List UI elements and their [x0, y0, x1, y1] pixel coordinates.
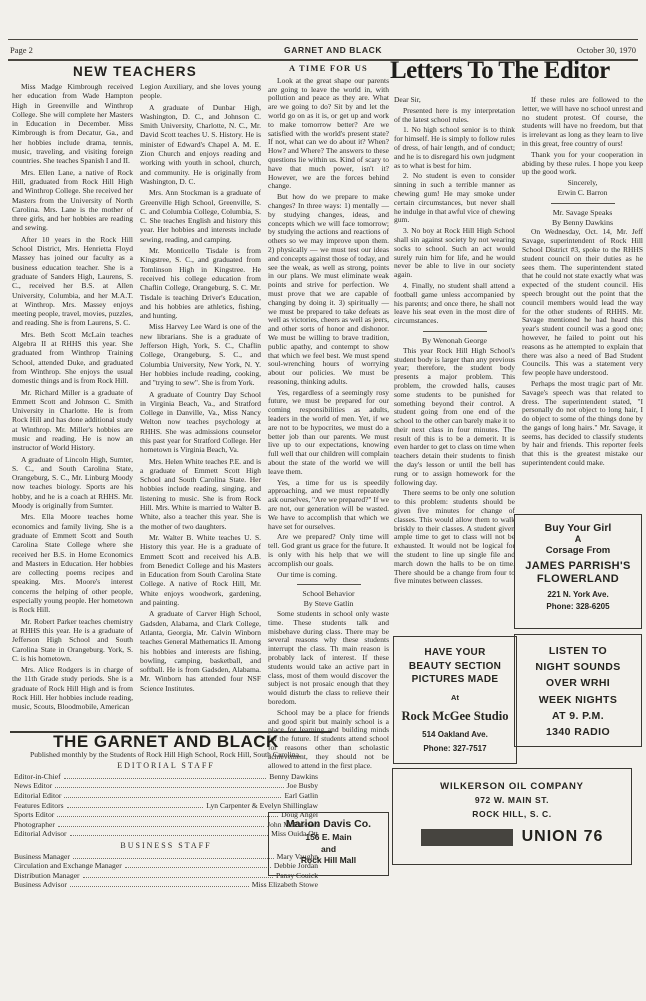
ad-line: LISTEN TO [515, 643, 641, 659]
article-paragraph: But how do we prepare to make changes? I… [268, 193, 389, 387]
article-paragraph: Thank you for your cooperation in abidin… [522, 151, 643, 177]
section-divider [551, 203, 615, 204]
published-note: Published monthly by the Students of Roc… [14, 750, 318, 760]
staff-role: Business Advisor [14, 880, 67, 890]
article-paragraph: Mrs. Helen White teaches P.E. and is a g… [140, 457, 261, 531]
article-paragraph: Mr. Robert Parker teaches chemistry at R… [12, 617, 133, 663]
article-paragraph: If these rules are followed to the lette… [522, 96, 643, 149]
ad-line: Rock Hill Mall [269, 855, 388, 867]
leader-dots [125, 867, 271, 868]
letters-column-1: Dear Sir, Presented here is my interpret… [394, 96, 515, 588]
union76-row: UNION 76 [393, 828, 631, 846]
ad-phone: Phone: 328-6205 [515, 602, 641, 613]
section-divider [297, 584, 361, 585]
advertiser-name: JAMES PARRISH'S [515, 560, 641, 573]
issue-date: October 30, 1970 [577, 45, 636, 55]
staff-name: Benny Dawkins [269, 772, 318, 782]
article-paragraph: A graduate of Carver High School, Gadsde… [140, 609, 261, 693]
school-behavior-headline: School Behavior [268, 590, 389, 599]
staff-row: Features Editors Lyn Carpenter & Evelyn … [14, 801, 318, 811]
article-paragraph: Yes, regardless of a seemingly rosy futu… [268, 389, 389, 477]
ad-line: A [515, 534, 641, 545]
staff-row: Editorial Editor Earl Gatlin [14, 791, 318, 801]
garnet-black-title: THE GARNET AND BLACK [14, 737, 318, 747]
ad-line: Corsage From [515, 545, 641, 556]
ad-city: ROCK HILL, S. C. [393, 808, 631, 822]
leader-dots [58, 826, 264, 827]
advertiser-name: Marion Davis Co. [269, 818, 388, 830]
leader-dots [70, 886, 249, 887]
wrhi-radio-ad: LISTEN TO NIGHT SOUNDS OVER WRHI WEEK NI… [514, 634, 642, 747]
school-behavior-byline: By Steve Gatlin [268, 600, 389, 609]
savage-headline: Mr. Savage Speaks [522, 209, 643, 218]
ad-line: 1340 RADIO [515, 724, 641, 740]
article-paragraph: Look at the great shape our parents are … [268, 77, 389, 191]
letter-closing: Sincerely, [522, 179, 643, 188]
staff-name: Joe Busby [287, 781, 318, 791]
article-paragraph: Yes, a time for us is speedily approachi… [268, 479, 389, 532]
article-paragraph: Mrs. Alice Rodgers is in charge of the 1… [12, 665, 133, 711]
editorial-staff-heading: EDITORIAL STAFF [14, 761, 318, 771]
article-paragraph: Perhaps the most tragic part of Mr. Sava… [522, 380, 643, 468]
page-number-label: Page 2 [10, 45, 33, 55]
new-teachers-column-1: Miss Madge Kimbrough received her educat… [12, 82, 133, 714]
ad-line: 156 E. Main [269, 832, 388, 844]
article-paragraph: Our time is coming. [268, 571, 389, 580]
staff-name: Earl Gatlin [284, 791, 318, 801]
article-paragraph: There seems to be only one solution to t… [394, 489, 515, 586]
ad-address: 514 Oakland Ave. [394, 730, 516, 739]
article-paragraph: Some students in school only waste time.… [268, 610, 389, 707]
article-paragraph: 4. Finally, no student shall attend a fo… [394, 282, 515, 326]
union76-wordmark: UNION 76 [522, 828, 604, 846]
article-paragraph: A graduate of Dunbar High, Washington, D… [140, 103, 261, 187]
ad-line: HAVE YOUR [394, 646, 516, 660]
george-letter-byline: By Wenonah George [394, 337, 515, 346]
ad-address: 972 W. MAIN ST. [393, 794, 631, 808]
advertiser-name: Rock McGee Studio [394, 709, 516, 724]
section-divider [423, 331, 487, 332]
staff-role: Photographer [14, 820, 55, 830]
union76-logo-block [421, 829, 513, 846]
header-top-rule [8, 39, 638, 40]
article-paragraph: Are we prepared? Only time will tell. Go… [268, 533, 389, 568]
parrish-flowerland-ad: Buy Your Girl A Corsage From JAMES PARRI… [514, 514, 642, 629]
staff-role: Editorial Advisor [14, 829, 67, 839]
ad-line: WEEK NIGHTS [515, 692, 641, 708]
staff-name: Lyn Carpenter & Evelyn Shillinglaw [206, 801, 318, 811]
new-teachers-headline: NEW TEACHERS [10, 64, 260, 79]
leader-dots [67, 807, 204, 808]
ad-phone: Phone: 327-7517 [394, 744, 516, 753]
leader-dots [83, 877, 273, 878]
staff-row: Business Advisor Miss Elizabeth Stowe [14, 880, 318, 890]
ad-line: NIGHT SOUNDS [515, 659, 641, 675]
article-paragraph: Miss Harvey Lee Ward is one of the new l… [140, 322, 261, 387]
article-paragraph: Presented here is my interpretation of t… [394, 107, 515, 125]
staff-row: News Editor Joe Busby [14, 781, 318, 791]
article-paragraph: Mrs. Beth Scott McLain teaches Algebra I… [12, 330, 133, 386]
savage-byline: By Benny Dawkins [522, 219, 643, 228]
time-for-us-headline: A TIME FOR US [268, 64, 389, 73]
ad-line: At [394, 693, 516, 702]
staff-role: Distribution Manager [14, 871, 80, 881]
staff-role: Features Editors [14, 801, 64, 811]
letters-column-2: If these rules are followed to the lette… [522, 96, 643, 470]
ad-line: OVER WRHI [515, 675, 641, 691]
article-paragraph: Mrs. Ella Moore teaches home economics a… [12, 512, 133, 614]
staff-role: Editorial Editor [14, 791, 61, 801]
ad-line: BEAUTY SECTION [394, 660, 516, 674]
leader-dots [64, 778, 267, 779]
staff-name: Miss Elizabeth Stowe [252, 880, 318, 890]
article-paragraph: 2. No student is even to consider sinnin… [394, 172, 515, 225]
advertiser-name: FLOWERLAND [515, 573, 641, 586]
masthead-title: GARNET AND BLACK [284, 45, 382, 55]
article-paragraph: After 10 years in the Rock Hill School D… [12, 235, 133, 328]
ad-address: 221 N. York Ave. [515, 590, 641, 601]
article-paragraph: 3. No boy at Rock Hill High School shall… [394, 227, 515, 280]
wilkerson-oil-ad: WILKERSON OIL COMPANY 972 W. MAIN ST. RO… [392, 768, 632, 865]
rock-mcgee-ad: HAVE YOUR BEAUTY SECTION PICTURES MADE A… [393, 636, 517, 764]
article-paragraph: A graduate of Country Day School in Virg… [140, 390, 261, 455]
staff-role: Editor-in-Chief [14, 772, 61, 782]
article-paragraph: On Wednesday, Oct. 14, Mr. Jeff Savage, … [522, 228, 643, 378]
article-paragraph: Miss Madge Kimbrough received her educat… [12, 82, 133, 166]
staff-role: News Editor [14, 781, 52, 791]
staff-role: Sports Editor [14, 810, 54, 820]
letter-salutation: Dear Sir, [394, 96, 515, 105]
ad-line: and [269, 844, 388, 856]
ad-line: Buy Your Girl [515, 522, 641, 534]
leader-dots [73, 858, 274, 859]
leader-dots [64, 797, 281, 798]
staff-role: Circulation and Exchange Manager [14, 861, 122, 871]
article-paragraph: A graduate of Lincoln High, Sumter, S. C… [12, 455, 133, 511]
article-paragraph: This year Rock Hill High School's studen… [394, 347, 515, 488]
article-paragraph: Mr. Richard Miller is a graduate of Emme… [12, 388, 133, 453]
new-teachers-column-2: Legion Auxiliary, and she loves young pe… [140, 82, 261, 695]
ad-line: AT 9. P.M. [515, 708, 641, 724]
staff-role: Business Manager [14, 852, 70, 862]
advertiser-name: WILKERSON OIL COMPANY [393, 780, 631, 794]
article-paragraph: Mrs. Ellen Lane, a native of Rock Hill, … [12, 168, 133, 233]
staff-row: Editor-in-Chief Benny Dawkins [14, 772, 318, 782]
leader-dots [55, 787, 283, 788]
time-for-us-column: A TIME FOR US Look at the great shape ou… [268, 64, 389, 772]
letter-signature: Erwin C. Barron [522, 189, 643, 198]
marion-davis-ad: Marion Davis Co. 156 E. Main and Rock Hi… [268, 812, 389, 876]
letters-headline: Letters To The Editor [390, 57, 610, 85]
article-paragraph: Mr. Monticello Tisdale is from Kingstree… [140, 246, 261, 320]
article-paragraph: Mr. Walter B. White teaches U. S. Histor… [140, 533, 261, 607]
leader-dots [70, 835, 269, 836]
article-paragraph: 1. No high school senior is to think for… [394, 126, 515, 170]
newspaper-page: Page 2 GARNET AND BLACK October 30, 1970… [0, 0, 646, 1001]
article-paragraph: Legion Auxiliary, and she loves young pe… [140, 82, 261, 101]
leader-dots [57, 816, 278, 817]
ad-line: PICTURES MADE [394, 673, 516, 687]
article-paragraph: Mrs. Ann Stockman is a graduate of Green… [140, 188, 261, 244]
